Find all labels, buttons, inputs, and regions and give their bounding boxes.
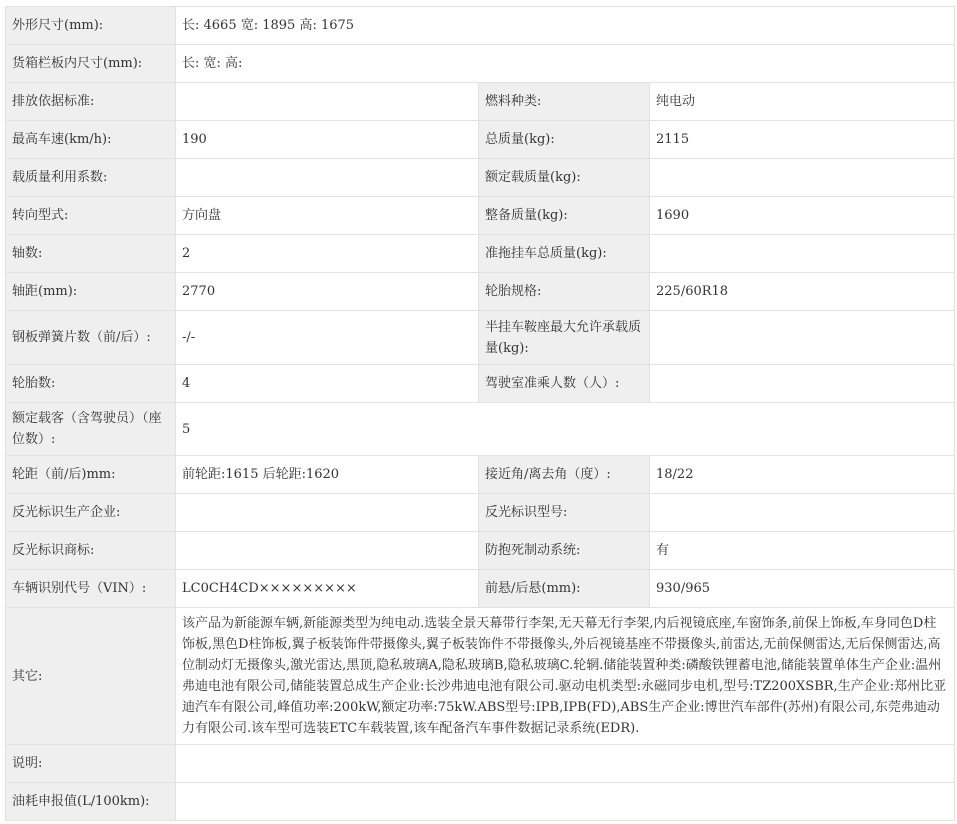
value-saddle-load	[650, 311, 955, 365]
value-axles: 2	[176, 235, 479, 273]
row-other: 其它: 该产品为新能源车辆,新能源类型为纯电动.选装全景天幕带行李架,无天幕无行…	[6, 608, 955, 745]
label-reflector-model: 反光标识型号:	[479, 494, 650, 532]
label-vin: 车辆识别代号（VIN）:	[6, 570, 176, 608]
value-reflector-maker	[176, 494, 479, 532]
label-fuel-type: 燃料种类:	[479, 83, 650, 121]
value-trailer-mass	[650, 235, 955, 273]
row-reflector-brand-abs: 反光标识商标: 防抱死制动系统: 有	[6, 532, 955, 570]
value-reflector-model	[650, 494, 955, 532]
value-max-speed: 190	[176, 121, 479, 159]
label-other: 其它:	[6, 608, 176, 745]
label-angles: 接近角/离去角（度）:	[479, 456, 650, 494]
value-vin: LC0CH4CD×××××××××	[176, 570, 479, 608]
value-reflector-brand	[176, 532, 479, 570]
value-cab-passengers	[650, 365, 955, 403]
label-track: 轮距（前/后)mm:	[6, 456, 176, 494]
value-cargo-box: 长: 宽: 高:	[176, 45, 955, 83]
label-leaf-springs: 钢板弹簧片数（前/后）:	[6, 311, 176, 365]
row-notes: 说明:	[6, 745, 955, 783]
label-cargo-box: 货箱栏板内尺寸(mm):	[6, 45, 176, 83]
value-load-coefficient	[176, 159, 479, 197]
label-load-coefficient: 载质量利用系数:	[6, 159, 176, 197]
value-rated-load	[650, 159, 955, 197]
label-axles: 轴数:	[6, 235, 176, 273]
label-tire-count: 轮胎数:	[6, 365, 176, 403]
row-rated-passengers: 额定载客（含驾驶员）（座位数）: 5	[6, 403, 955, 456]
label-rated-load: 额定载质量(kg):	[479, 159, 650, 197]
value-emission-standard	[176, 83, 479, 121]
label-fuel-consumption: 油耗申报值(L/100km):	[6, 783, 176, 821]
value-overhang: 930/965	[650, 570, 955, 608]
value-notes	[176, 745, 955, 783]
row-fuel-consumption: 油耗申报值(L/100km):	[6, 783, 955, 821]
label-curb-weight: 整备质量(kg):	[479, 197, 650, 235]
label-saddle-load: 半挂车鞍座最大允许承载质量(kg):	[479, 311, 650, 365]
row-cargo-box: 货箱栏板内尺寸(mm): 长: 宽: 高:	[6, 45, 955, 83]
row-steering-curb: 转向型式: 方向盘 整备质量(kg): 1690	[6, 197, 955, 235]
label-total-mass: 总质量(kg):	[479, 121, 650, 159]
label-rated-passengers: 额定载客（含驾驶员）（座位数）:	[6, 403, 176, 456]
row-load: 载质量利用系数: 额定载质量(kg):	[6, 159, 955, 197]
row-track-angles: 轮距（前/后)mm: 前轮距:1615 后轮距:1620 接近角/离去角（度）:…	[6, 456, 955, 494]
label-dimensions: 外形尺寸(mm):	[6, 7, 176, 45]
value-wheelbase: 2770	[176, 273, 479, 311]
label-abs: 防抱死制动系统:	[479, 532, 650, 570]
value-fuel-consumption	[176, 783, 955, 821]
value-tire-spec: 225/60R18	[650, 273, 955, 311]
value-abs: 有	[650, 532, 955, 570]
value-fuel-type: 纯电动	[650, 83, 955, 121]
label-trailer-mass: 准拖挂车总质量(kg):	[479, 235, 650, 273]
value-track: 前轮距:1615 后轮距:1620	[176, 456, 479, 494]
value-steering: 方向盘	[176, 197, 479, 235]
value-other: 该产品为新能源车辆,新能源类型为纯电动.选装全景天幕带行李架,无天幕无行李架,内…	[176, 608, 955, 745]
label-tire-spec: 轮胎规格:	[479, 273, 650, 311]
label-emission-standard: 排放依据标准:	[6, 83, 176, 121]
label-overhang: 前悬/后悬(mm):	[479, 570, 650, 608]
row-axles-trailer: 轴数: 2 准拖挂车总质量(kg):	[6, 235, 955, 273]
value-dimensions: 长: 4665 宽: 1895 高: 1675	[176, 7, 955, 45]
row-tires-cab: 轮胎数: 4 驾驶室准乘人数（人）:	[6, 365, 955, 403]
row-reflector-maker-model: 反光标识生产企业: 反光标识型号:	[6, 494, 955, 532]
label-reflector-brand: 反光标识商标:	[6, 532, 176, 570]
value-leaf-springs: -/-	[176, 311, 479, 365]
row-wheelbase-tire: 轴距(mm): 2770 轮胎规格: 225/60R18	[6, 273, 955, 311]
vehicle-spec-table: 外形尺寸(mm): 长: 4665 宽: 1895 高: 1675 货箱栏板内尺…	[5, 6, 955, 821]
value-rated-passengers: 5	[176, 403, 955, 456]
value-tire-count: 4	[176, 365, 479, 403]
label-notes: 说明:	[6, 745, 176, 783]
value-curb-weight: 1690	[650, 197, 955, 235]
row-dimensions: 外形尺寸(mm): 长: 4665 宽: 1895 高: 1675	[6, 7, 955, 45]
row-springs-saddle: 钢板弹簧片数（前/后）: -/- 半挂车鞍座最大允许承载质量(kg):	[6, 311, 955, 365]
value-angles: 18/22	[650, 456, 955, 494]
row-speed-mass: 最高车速(km/h): 190 总质量(kg): 2115	[6, 121, 955, 159]
row-vin-overhang: 车辆识别代号（VIN）: LC0CH4CD××××××××× 前悬/后悬(mm)…	[6, 570, 955, 608]
label-cab-passengers: 驾驶室准乘人数（人）:	[479, 365, 650, 403]
label-wheelbase: 轴距(mm):	[6, 273, 176, 311]
label-steering: 转向型式:	[6, 197, 176, 235]
row-emission-fuel: 排放依据标准: 燃料种类: 纯电动	[6, 83, 955, 121]
label-reflector-maker: 反光标识生产企业:	[6, 494, 176, 532]
label-max-speed: 最高车速(km/h):	[6, 121, 176, 159]
value-total-mass: 2115	[650, 121, 955, 159]
